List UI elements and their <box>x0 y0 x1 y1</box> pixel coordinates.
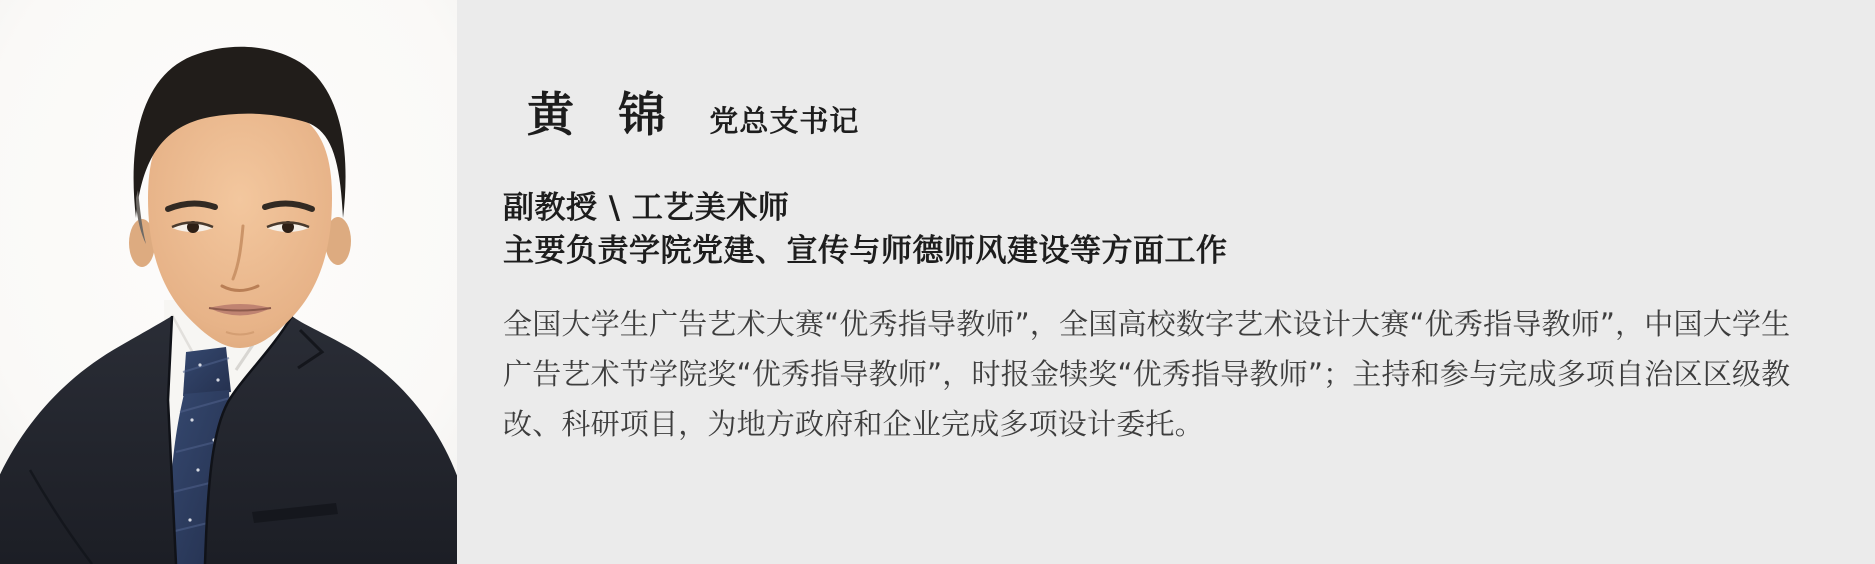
responsibility-line: 主要负责学院党建、宣传与师德师风建设等方面工作 <box>503 230 1228 273</box>
person-name: 黄 锦 <box>527 92 666 139</box>
profile-card: 黄 锦 党总支书记 副教授 \ 工艺美术师 主要负责学院党建、宣传与师德师风建设… <box>0 0 1875 564</box>
titles-block: 副教授 \ 工艺美术师 主要负责学院党建、宣传与师德师风建设等方面工作 <box>503 187 1228 273</box>
person-role: 党总支书记 <box>709 107 859 136</box>
profile-content: 黄 锦 党总支书记 副教授 \ 工艺美术师 主要负责学院党建、宣传与师德师风建设… <box>0 0 1875 564</box>
name-row: 黄 锦 党总支书记 <box>527 92 859 139</box>
professional-titles: 副教授 \ 工艺美术师 <box>503 187 1228 230</box>
bio-paragraph: 全国大学生广告艺术大赛“优秀指导教师”，全国高校数字艺术设计大赛“优秀指导教师”… <box>503 299 1813 449</box>
